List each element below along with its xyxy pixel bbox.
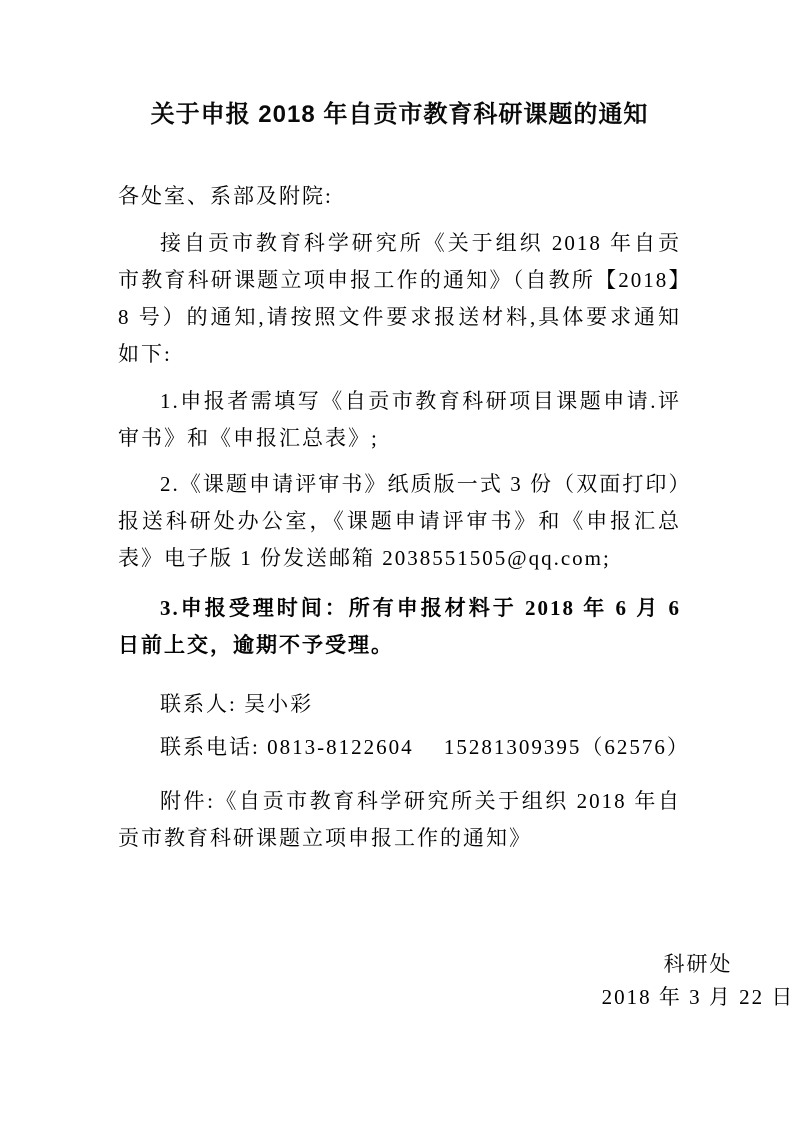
signature-department: 科研处 <box>578 948 793 981</box>
paragraph-item-2-submission: 2.《课题申请评审书》纸质版一式 3 份（双面打印）报送科研处办公室，《课题申请… <box>118 466 681 577</box>
attachment-note: 附件:《自贡市教育科学研究所关于组织 2018 年自贡市教育科研课题立项申报工作… <box>118 783 681 857</box>
paragraph-intro: 接自贡市教育科学研究所《关于组织 2018 年自贡市教育科研课题立项申报工作的通… <box>118 225 681 373</box>
signature-date: 2018 年 3 月 22 日 <box>578 981 793 1014</box>
contact-person-line: 联系人: 吴小彩 <box>118 686 681 723</box>
paragraph-item-1-forms: 1.申报者需填写《自贡市教育科研项目课题申请.评审书》和《申报汇总表》; <box>118 383 681 457</box>
salutation: 各处室、系部及附院: <box>118 178 681 215</box>
document-title: 关于申报 2018 年自贡市教育科研课题的通知 <box>121 100 678 130</box>
contact-phone-line: 联系电话: 0813-8122604 15281309395（62576） <box>118 729 681 766</box>
document-page: 关于申报 2018 年自贡市教育科研课题的通知 各处室、系部及附院: 接自贡市教… <box>0 0 793 1122</box>
signature-block: 科研处 2018 年 3 月 22 日 <box>578 948 793 1014</box>
paragraph-item-3-deadline: 3.申报受理时间：所有申报材料于 2018 年 6 月 6 日前上交，逾期不予受… <box>118 590 681 664</box>
